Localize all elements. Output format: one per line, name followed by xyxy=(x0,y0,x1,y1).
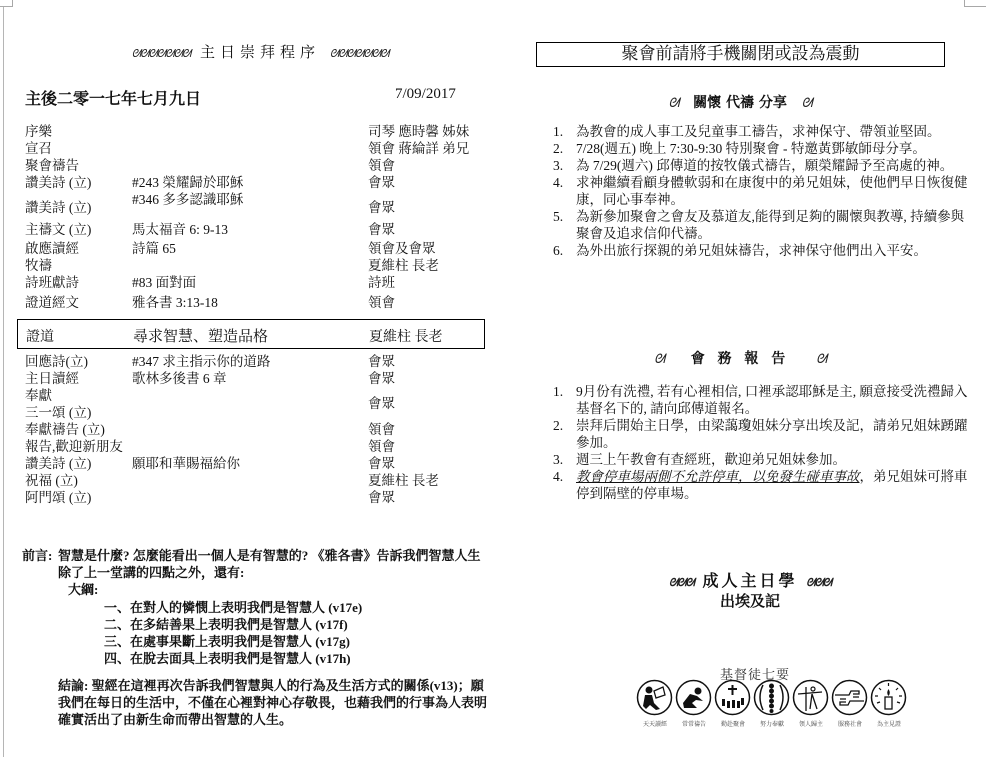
sunday-school-title: 成人主日學 xyxy=(702,571,797,590)
outline-point: 三、在處事果斷上表明我們是智慧人 (v17g) xyxy=(104,633,350,650)
program-row: 阿門頌 (立) 會眾 xyxy=(25,489,495,506)
intro-label: 前言: xyxy=(22,547,52,564)
program-row: 讚美詩 (立) #346 多多認識耶穌 會眾 xyxy=(25,191,495,218)
program-item: 奉獻 xyxy=(25,387,52,404)
program-detail: 雅各書 3:13-18 xyxy=(132,294,218,311)
announcement-item: 2.崇拜后開始主日學，由梁藹瓊姐妹分享出埃及記，請弟兄姐妹踴躍參加。 xyxy=(553,417,973,451)
program-detail: 詩篇 65 xyxy=(132,240,176,257)
program-leader: 領會及會眾 xyxy=(368,240,436,257)
ornament-icon: ᘛᘛᘛ xyxy=(669,576,694,589)
program-item: 祝福 (立) xyxy=(25,472,78,489)
ornament-icon: ᘛ xyxy=(668,96,678,111)
program-row: 證道經文 雅各書 3:13-18 領會 xyxy=(25,291,495,313)
program-item: 報告,歡迎新朋友 xyxy=(25,438,123,455)
program-row: 讚美詩 (立) 願耶和華賜福給你 會眾 xyxy=(25,455,495,472)
program-item: 證道經文 xyxy=(25,294,79,311)
program-detail: 馬太福音 6: 9-13 xyxy=(132,221,228,238)
announcement-item: 4.教會停車場兩側不允許停車，以免發生碰車事故，弟兄姐妹可將車停到隔壁的停車場。 xyxy=(553,468,973,502)
page-edge xyxy=(3,7,4,757)
phone-notice-box: 聚會前請將手機關閉或設為震動 xyxy=(536,42,945,67)
program-leader: 領會 xyxy=(368,438,395,455)
sermon-speaker: 夏維柱 長老 xyxy=(369,326,443,346)
program-row: 奉獻禱告 (立) 領會 xyxy=(25,421,495,438)
program-row: 報告,歡迎新朋友 領會 xyxy=(25,438,495,455)
program-item: 牧禱 xyxy=(25,257,52,274)
program-leader: 會眾 xyxy=(368,395,395,412)
program-row: 牧禱 夏維柱 長老 xyxy=(25,257,495,274)
prayer-item: 1.為教會的成人事工及兒童事工禱告，求神保守、帶領並堅固。 xyxy=(553,123,973,140)
intro-text-line-1: 智慧是什麼? 怎麼能看出一個人是有智慧的? 《雅各書》告訴我們智慧人生 xyxy=(58,547,481,564)
prayer-item: 3.為 7/29(週六) 邱傳道的按牧儀式禱告，願榮耀歸予至高處的神。 xyxy=(553,157,973,174)
seven-essentials-icons: 天天讀經 常常禱告 勤赴聚會 努力奉獻 領人歸主 服務社會 為主見證 xyxy=(636,679,936,734)
program-row: 主禱文 (立) 馬太福音 6: 9-13 會眾 xyxy=(25,218,495,240)
ornament-icon: ᘛᘛᘛ xyxy=(806,576,831,589)
program-detail: #243 榮耀歸於耶穌 xyxy=(132,174,243,191)
reading-bible-icon: 天天讀經 xyxy=(636,679,673,728)
program-row: 讚美詩 (立) #243 榮耀歸於耶穌 會眾 xyxy=(25,174,495,191)
prayer-list: 1.為教會的成人事工及兒童事工禱告，求神保守、帶領並堅固。 2.7/28(週五)… xyxy=(553,123,973,259)
outline-point: 一、在對人的憐憫上表明我們是智慧人 (v17e) xyxy=(104,599,362,616)
program-item: 主禱文 (立) xyxy=(25,221,91,238)
program-item: 詩班獻詩 xyxy=(25,274,79,291)
program-item: 阿門頌 (立) xyxy=(25,489,91,506)
program-item: 聚會禱告 xyxy=(25,157,79,174)
sermon-conclusion: 結論: 聖經在這裡再次告訴我們智慧與人的行為及生活方式的關係(v13)；願我們在… xyxy=(58,677,488,728)
program-leader: 司琴 應時馨 姊妹 xyxy=(368,123,469,140)
program-leader: 會眾 xyxy=(368,455,395,472)
date-numeric: 7/09/2017 xyxy=(395,86,456,103)
program-row: 啟應讀經 詩篇 65 領會及會眾 xyxy=(25,240,495,257)
program-row: 祝福 (立) 夏維柱 長老 xyxy=(25,472,495,489)
program-row: 序樂 司琴 應時馨 姊妹 xyxy=(25,123,495,140)
intro-text-line-2: 除了上一堂講的四點之外，還有: xyxy=(58,564,244,581)
program-item: 讚美詩 (立) xyxy=(25,174,91,191)
announcements-section-title: 會 務 報 告 xyxy=(691,351,790,367)
date-chinese: 主後二零一七年七月九日 xyxy=(25,86,201,109)
crop-mark-top-left xyxy=(0,0,13,7)
serving-hands-icon: 服務社會 xyxy=(831,679,868,728)
order-of-worship-header: ᘛᘛᘛᘛᘛᘛᘛ 主日崇拜程序 ᘛᘛᘛᘛᘛᘛᘛ xyxy=(110,41,410,62)
candle-witness-icon: 為主見證 xyxy=(870,679,907,728)
program-detail: #347 求主指示你的道路 xyxy=(132,353,270,370)
crop-mark-top-right xyxy=(964,0,986,7)
program-item: 讚美詩 (立) xyxy=(25,455,91,472)
ornament-icon: ᘛ xyxy=(816,352,826,367)
program-row: 回應詩(立) #347 求主指示你的道路 會眾 xyxy=(25,353,495,370)
outline-point: 四、在脫去面具上表明我們是智慧人 (v17h) xyxy=(104,650,351,667)
prayer-item: 5.為新參加聚會之會友及慕道友,能得到足夠的關懷與教導, 持續參與聚會及追求信仰… xyxy=(553,208,973,242)
sermon-title: 尋求智慧、塑造品格 xyxy=(133,325,268,346)
announcements-section-header: ᘛ 會 務 報 告 ᘛ xyxy=(620,348,860,368)
ornament-icon: ᘛ xyxy=(802,96,812,111)
announcement-item: 1.9月份有洗禮, 若有心裡相信, 口裡承認耶穌是主, 願意接受洗禮歸入基督名下… xyxy=(553,383,973,417)
program-leader: 夏維柱 長老 xyxy=(368,472,439,489)
program-detail: 願耶和華賜福給你 xyxy=(132,455,240,472)
sunday-school-subtitle: 出埃及記 xyxy=(645,590,855,611)
announcements-list: 1.9月份有洗禮, 若有心裡相信, 口裡承認耶穌是主, 願意接受洗禮歸入基督名下… xyxy=(553,383,973,502)
evangelism-icon: 領人歸主 xyxy=(792,679,829,728)
program-list: 序樂 司琴 應時馨 姊妹 宣召 領會 蔣綸詳 弟兄 聚會禱告 領會 讚美詩 (立… xyxy=(25,123,495,506)
program-item: 讚美詩 (立) xyxy=(25,199,91,216)
offering-icon: 努力奉獻 xyxy=(753,679,790,728)
outline-point: 二、在多結善果上表明我們是智慧人 (v17f) xyxy=(104,616,348,633)
kneeling-prayer-icon: 常常禱告 xyxy=(675,679,712,728)
program-detail: #83 面對面 xyxy=(132,274,196,291)
ornament-icon: ᘛ xyxy=(654,352,664,367)
order-of-worship-title: 主日崇拜程序 xyxy=(200,43,320,61)
program-row: 詩班獻詩 #83 面對面 詩班 xyxy=(25,274,495,291)
sunday-school-header: ᘛᘛᘛ 成人主日學 ᘛᘛᘛ xyxy=(645,568,855,591)
program-detail: #346 多多認識耶穌 xyxy=(132,191,243,208)
sermon-box: 證道 尋求智慧、塑造品格 夏維柱 長老 xyxy=(17,319,485,349)
program-leader: 會眾 xyxy=(368,221,395,238)
prayer-item: 2.7/28(週五) 晚上 7:30-9:30 特別聚會 - 特邀黃鄧敏師母分享… xyxy=(553,140,973,157)
ornament-right-icon: ᘛᘛᘛᘛᘛᘛᘛ xyxy=(330,47,389,60)
program-row: 奉獻 三一頌 (立) 會眾 xyxy=(25,387,495,421)
program-leader: 領會 xyxy=(368,294,395,311)
program-item: 宣召 xyxy=(25,140,52,157)
prayer-item: 6.為外出旅行探親的弟兄姐妹禱告，求神保守他們出入平安。 xyxy=(553,242,973,259)
program-leader: 會眾 xyxy=(368,199,395,216)
prayer-section-header: ᘛ 關懷 代禱 分享 ᘛ xyxy=(620,92,860,112)
program-item: 啟應讀經 xyxy=(25,240,79,257)
program-row: 聚會禱告 領會 xyxy=(25,157,495,174)
program-leader: 領會 xyxy=(368,421,395,438)
ornament-left-icon: ᘛᘛᘛᘛᘛᘛᘛ xyxy=(132,47,191,60)
announcement-item: 3.週三上午教會有查經班，歡迎弟兄姐妹參加。 xyxy=(553,451,973,468)
program-leader: 詩班 xyxy=(368,274,395,291)
program-leader: 會眾 xyxy=(368,489,395,506)
program-leader: 領會 蔣綸詳 弟兄 xyxy=(368,140,469,157)
prayer-item: 4.求神繼續看顧身體軟弱和在康復中的弟兄姐妹，使他們早日恢復健康，同心事奉神。 xyxy=(553,174,973,208)
program-item: 回應詩(立) xyxy=(25,353,88,370)
program-item: 奉獻禱告 (立) xyxy=(25,421,105,438)
program-detail: 歌林多後書 6 章 xyxy=(132,370,227,387)
program-item: 三一頌 (立) xyxy=(25,404,91,421)
program-row: 主日讀經 歌林多後書 6 章 會眾 xyxy=(25,370,495,387)
parking-warning-emphasis: 教會停車場兩側不允許停車，以免發生碰車事故 xyxy=(576,469,860,484)
outline-label: 大綱: xyxy=(68,581,98,598)
sermon-item: 證道 xyxy=(26,326,54,346)
prayer-section-title: 關懷 代禱 分享 xyxy=(693,95,787,111)
program-leader: 領會 xyxy=(368,157,395,174)
program-item: 主日讀經 xyxy=(25,370,79,387)
program-item: 序樂 xyxy=(25,123,52,140)
program-leader: 會眾 xyxy=(368,174,395,191)
program-leader: 夏維柱 長老 xyxy=(368,257,439,274)
program-row: 宣召 領會 蔣綸詳 弟兄 xyxy=(25,140,495,157)
program-leader: 會眾 xyxy=(368,370,395,387)
church-gathering-icon: 勤赴聚會 xyxy=(714,679,751,728)
program-leader: 會眾 xyxy=(368,353,395,370)
